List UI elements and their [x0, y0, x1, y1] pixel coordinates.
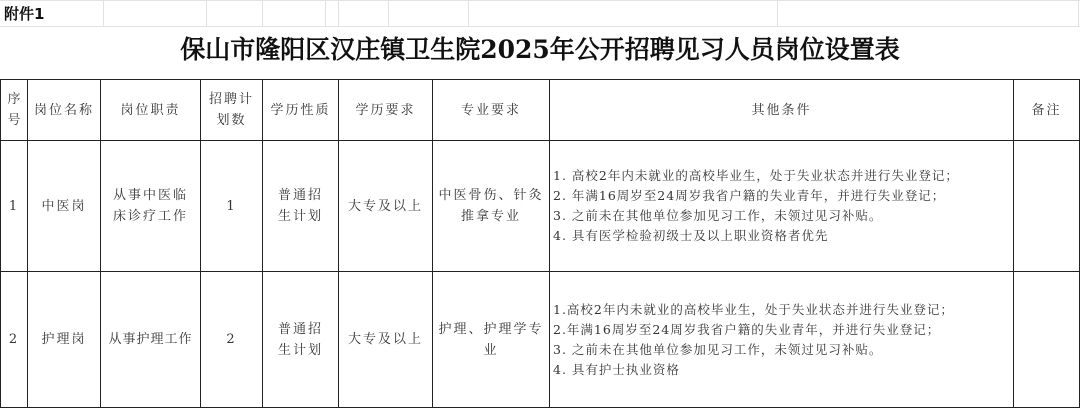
- cell-other-conditions: 1.高校2年内未就业的高校毕业生，处于失业状态并进行失业登记； 2.年满16周岁…: [550, 272, 1014, 408]
- attachment-label: 附件1: [4, 3, 44, 24]
- condition-line: 3. 之前未在其他单位参加见习工作，未领过见习补贴。: [553, 340, 1013, 360]
- gridline: [388, 0, 389, 26]
- gridline: [0, 0, 1080, 1]
- gridline: [1078, 0, 1079, 26]
- header-edu-type: 学历性质: [263, 80, 339, 141]
- table-row: 2 护理岗 从事护理工作 2 普通招生计划 大专及以上 护理、护理学专业 1.高…: [1, 272, 1080, 408]
- cell-major-req: 中医骨伤、针灸推拿专业: [433, 141, 550, 272]
- header-remarks: 备注: [1014, 80, 1080, 141]
- cell-major-req: 护理、护理学专业: [433, 272, 550, 408]
- condition-line: 1. 高校2年内未就业的高校毕业生，处于失业状态并进行失业登记；: [553, 166, 1013, 186]
- cell-edu-req: 大专及以上: [339, 141, 433, 272]
- cell-other-conditions: 1. 高校2年内未就业的高校毕业生，处于失业状态并进行失业登记； 2. 年满16…: [550, 141, 1014, 272]
- cell-duties: 从事护理工作: [101, 272, 201, 408]
- gridline: [325, 0, 326, 26]
- header-major-req: 专业要求: [433, 80, 550, 141]
- header-plan-count: 招聘计划数: [201, 80, 263, 141]
- header-duties: 岗位职责: [101, 80, 201, 141]
- cell-remarks: [1014, 272, 1080, 408]
- document-title: 保山市隆阳区汉庄镇卫生院2025年公开招聘见习人员岗位设置表: [0, 30, 1080, 66]
- cell-edu-req: 大专及以上: [339, 272, 433, 408]
- cell-position-name: 护理岗: [28, 272, 101, 408]
- cell-remarks: [1014, 141, 1080, 272]
- gridline: [338, 0, 339, 26]
- condition-line: 3. 之前未在其他单位参加见习工作，未领过见习补贴。: [553, 206, 1013, 226]
- gridline: [262, 0, 263, 26]
- cell-edu-type: 普通招生计划: [263, 141, 339, 272]
- table-header-row: 序号 岗位名称 岗位职责 招聘计划数 学历性质 学历要求 专业要求 其他条件 备…: [1, 80, 1080, 141]
- cell-plan-count: 1: [201, 141, 263, 272]
- header-position-name: 岗位名称: [28, 80, 101, 141]
- spreadsheet-top-gridlines: [0, 0, 1080, 26]
- table-row: 1 中医岗 从事中医临床诊疗工作 1 普通招生计划 大专及以上 中医骨伤、针灸推…: [1, 141, 1080, 272]
- cell-seq: 2: [1, 272, 28, 408]
- cell-position-name: 中医岗: [28, 141, 101, 272]
- gridline: [777, 0, 778, 26]
- gridline: [468, 0, 469, 26]
- gridline: [103, 0, 104, 26]
- cell-edu-type: 普通招生计划: [263, 272, 339, 408]
- condition-line: 2. 年满16周岁至24周岁我省户籍的失业青年，并进行失业登记；: [553, 186, 1013, 206]
- condition-line: 2.年满16周岁至24周岁我省户籍的失业青年，并进行失业登记；: [553, 320, 1013, 340]
- condition-line: 4. 具有护士执业资格: [553, 360, 1013, 380]
- gridline: [206, 0, 207, 26]
- header-seq: 序号: [1, 80, 28, 141]
- header-other-conditions: 其他条件: [550, 80, 1014, 141]
- cell-seq: 1: [1, 141, 28, 272]
- position-table: 序号 岗位名称 岗位职责 招聘计划数 学历性质 学历要求 专业要求 其他条件 备…: [0, 79, 1080, 408]
- cell-plan-count: 2: [201, 272, 263, 408]
- gridline: [0, 26, 1080, 27]
- condition-line: 1.高校2年内未就业的高校毕业生，处于失业状态并进行失业登记；: [553, 300, 1013, 320]
- header-edu-req: 学历要求: [339, 80, 433, 141]
- condition-line: 4. 具有医学检验初级士及以上职业资格者优先: [553, 226, 1013, 246]
- cell-duties: 从事中医临床诊疗工作: [101, 141, 201, 272]
